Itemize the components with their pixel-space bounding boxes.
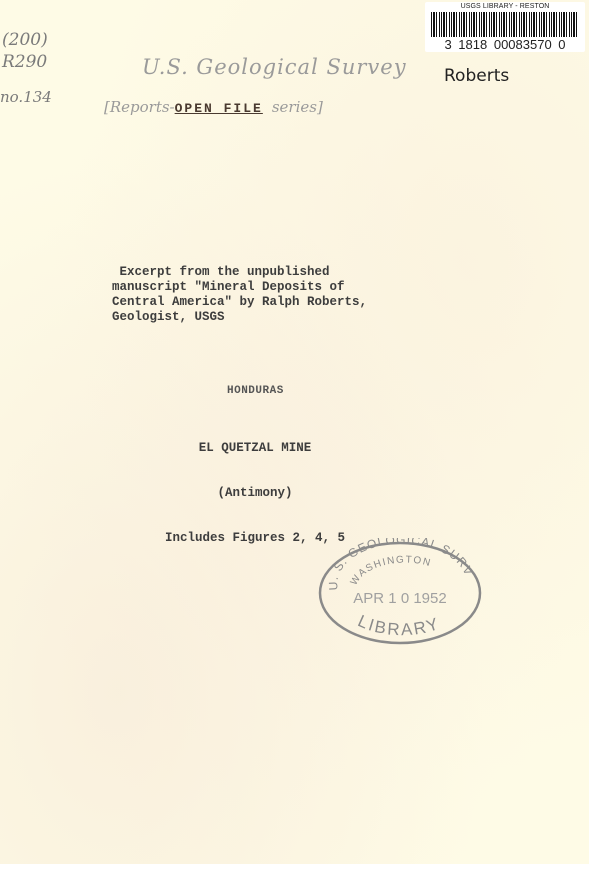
stamp-date: APR 1 0 1952 — [353, 590, 446, 607]
library-stamp: U. S. GEOLOGICAL SURVEY WASHINGTON APR 1… — [316, 538, 484, 648]
country-heading: HONDURAS — [227, 384, 284, 399]
stamp-bottom-text: LIBRARY — [355, 611, 443, 639]
barcode-icon — [431, 12, 579, 37]
series-prefix: [Reports- — [104, 98, 175, 116]
commodity: (Antimony) — [165, 486, 345, 501]
call-number-line-3: no.134 — [0, 88, 52, 106]
series-typed: OPEN FILE — [175, 101, 263, 116]
excerpt-line: Central America" by Ralph Roberts, — [112, 295, 367, 310]
barcode-number: 3 1818 00083570 0 — [425, 37, 585, 52]
handwritten-title: U.S. Geological Survey — [142, 55, 407, 79]
svg-text:WASHINGTON: WASHINGTON — [349, 554, 433, 587]
series-suffix: series] — [272, 98, 323, 116]
handwritten-author: Roberts — [444, 66, 509, 86]
scan-edge — [0, 864, 589, 870]
excerpt-line: Geologist, USGS — [112, 310, 367, 325]
call-number-line-1: (200) — [2, 30, 48, 50]
excerpt-line: Excerpt from the unpublished — [112, 265, 367, 280]
barcode-label: USGS LIBRARY - RESTON 3 1818 00083570 0 — [425, 2, 585, 52]
stamp-sub-text: WASHINGTON — [349, 554, 433, 587]
excerpt-paragraph: Excerpt from the unpublishedmanuscript "… — [112, 265, 367, 325]
barcode-title: USGS LIBRARY - RESTON — [425, 3, 585, 10]
mine-name: EL QUETZAL MINE — [165, 441, 345, 456]
svg-text:LIBRARY: LIBRARY — [355, 611, 443, 639]
excerpt-line: manuscript "Mineral Deposits of — [112, 280, 367, 295]
series-note: [Reports-OPEN FILE series] — [104, 98, 323, 117]
call-number-line-2: R290 — [2, 52, 47, 72]
scanned-page: USGS LIBRARY - RESTON 3 1818 00083570 0 … — [0, 0, 589, 864]
